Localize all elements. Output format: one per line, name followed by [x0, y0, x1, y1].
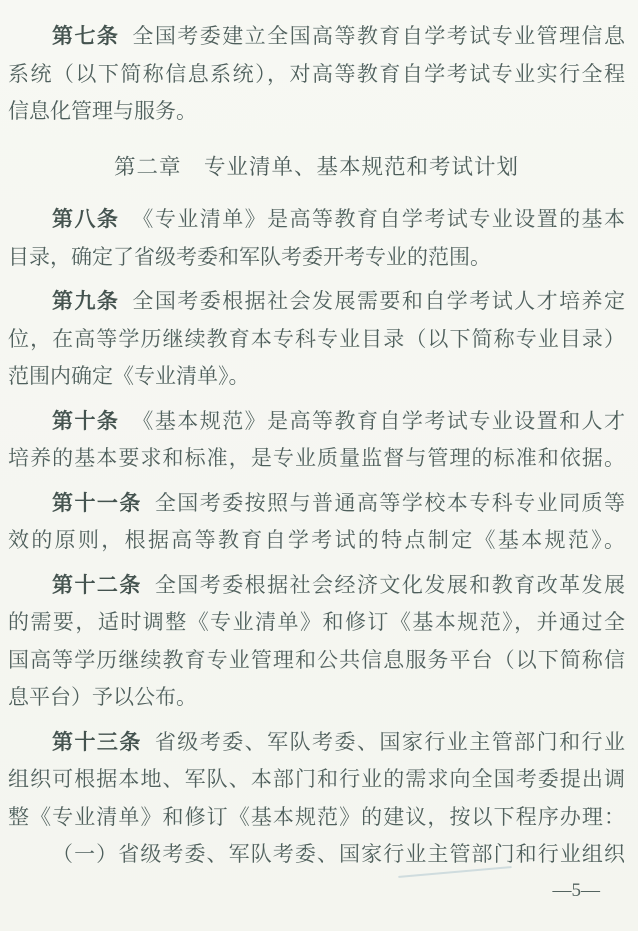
line-text: 《专业清单》是高等教育自学考试专业设置的基本 — [132, 207, 625, 231]
text-line: 第九条全国考委根据社会发展需要和自学考试人才培养定 — [8, 283, 625, 321]
text-line: 信息化管理与服务。 — [8, 93, 625, 131]
text-line: 国高等学历继续教育专业管理和公共信息服务平台（以下简称信 — [8, 642, 625, 680]
article-label: 第八条 — [52, 208, 119, 231]
article-label: 第十条 — [52, 410, 119, 433]
line-text: 全国考委根据社会发展需要和自学考试人才培养定 — [132, 289, 625, 313]
text-line: 第十三条省级考委、军队考委、国家行业主管部门和行业 — [8, 724, 625, 762]
text-line: 范围内确定《专业清单》。 — [8, 358, 625, 396]
article-label: 第九条 — [52, 290, 119, 313]
article-label: 第七条 — [52, 25, 119, 48]
line-text: 全国考委根据社会经济文化发展和教育改革发展 — [155, 573, 625, 597]
text-line: 第七条全国考委建立全国高等教育自学考试专业管理信息 — [8, 18, 625, 56]
text-line: 系统（以下简称信息系统），对高等教育自学考试专业实行全程 — [8, 56, 625, 94]
line-text: 全国考委建立全国高等教育自学考试专业管理信息 — [132, 24, 625, 48]
text-line: 位，在高等学历继续教育本专科专业目录（以下简称专业目录） — [8, 321, 625, 359]
line-text: 省级考委、军队考委、国家行业主管部门和行业 — [155, 730, 625, 754]
text-line: 第十二条全国考委根据社会经济文化发展和教育改革发展 — [8, 567, 625, 605]
text-line: 第十条《基本规范》是高等教育自学考试专业设置和人才 — [8, 403, 625, 441]
text-line: 目录，确定了省级考委和军队考委开考专业的范围。 — [8, 239, 625, 277]
text-line: 第八条《专业清单》是高等教育自学考试专业设置的基本 — [8, 201, 625, 239]
line-text: 全国考委按照与普通高等学校本专科专业同质等 — [155, 491, 625, 515]
line-text: 《基本规范》是高等教育自学考试专业设置和人才 — [132, 409, 625, 433]
text-line: 整《专业清单》和修订《基本规范》的建议，按以下程序办理： — [8, 799, 625, 837]
text-line: 培养的基本要求和标准，是专业质量监督与管理的标准和依据。 — [8, 440, 625, 478]
document-page: 第七条全国考委建立全国高等教育自学考试专业管理信息 系统（以下简称信息系统），对… — [0, 0, 638, 905]
text-line: （一）省级考委、军队考委、国家行业主管部门和行业组织 — [8, 836, 625, 874]
article-label: 第十二条 — [52, 574, 142, 597]
text-line: 的需要，适时调整《专业清单》和修订《基本规范》，并通过全 — [8, 604, 625, 642]
text-line: 效的原则，根据高等教育自学考试的特点制定《基本规范》。 — [8, 522, 625, 560]
text-line: 息平台）予以公布。 — [8, 679, 625, 717]
text-line: 组织可根据本地、军队、本部门和行业的需求向全国考委提出调 — [8, 761, 625, 799]
chapter-heading: 第二章 专业清单、基本规范和考试计划 — [8, 149, 625, 187]
page-number: —5— — [8, 877, 625, 905]
text-line: 第十一条全国考委按照与普通高等学校本专科专业同质等 — [8, 485, 625, 523]
article-label: 第十一条 — [52, 492, 142, 515]
article-label: 第十三条 — [52, 731, 142, 754]
